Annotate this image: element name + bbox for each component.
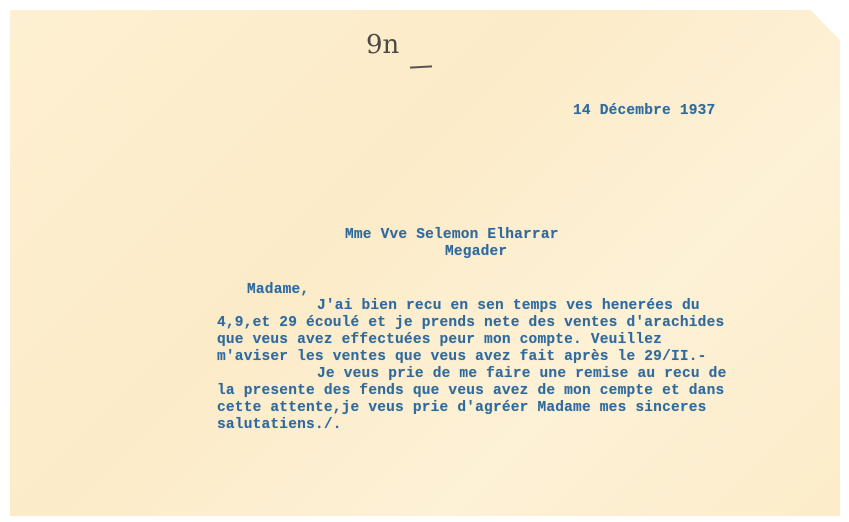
body-line: 4,9,et 29 écoulé et je prends nete des v… bbox=[217, 315, 724, 331]
recipient-name: Mme Vve Selemon Elharrar bbox=[345, 227, 559, 243]
recipient-city: Megader bbox=[445, 244, 507, 260]
salutation: Madame, bbox=[247, 282, 309, 298]
body-line: Je veus prie de me faire une remise au r… bbox=[317, 366, 726, 382]
letter-paper bbox=[10, 10, 840, 516]
body-line: J'ai bien recu en sen temps ves henerées… bbox=[317, 298, 700, 314]
body-line: que veus avez effectuées peur mon compte… bbox=[217, 332, 662, 348]
body-line: m'aviser les ventes que veus avez fait a… bbox=[217, 349, 707, 365]
body-line: salutatiens./. bbox=[217, 417, 342, 433]
handwritten-note: 9n bbox=[366, 30, 399, 60]
body-line: la presente des fends que veus avez de m… bbox=[217, 383, 724, 399]
letter-date: 14 Décembre 1937 bbox=[573, 103, 715, 119]
body-line: cette attente,je veus prie d'agréer Mada… bbox=[217, 400, 707, 416]
